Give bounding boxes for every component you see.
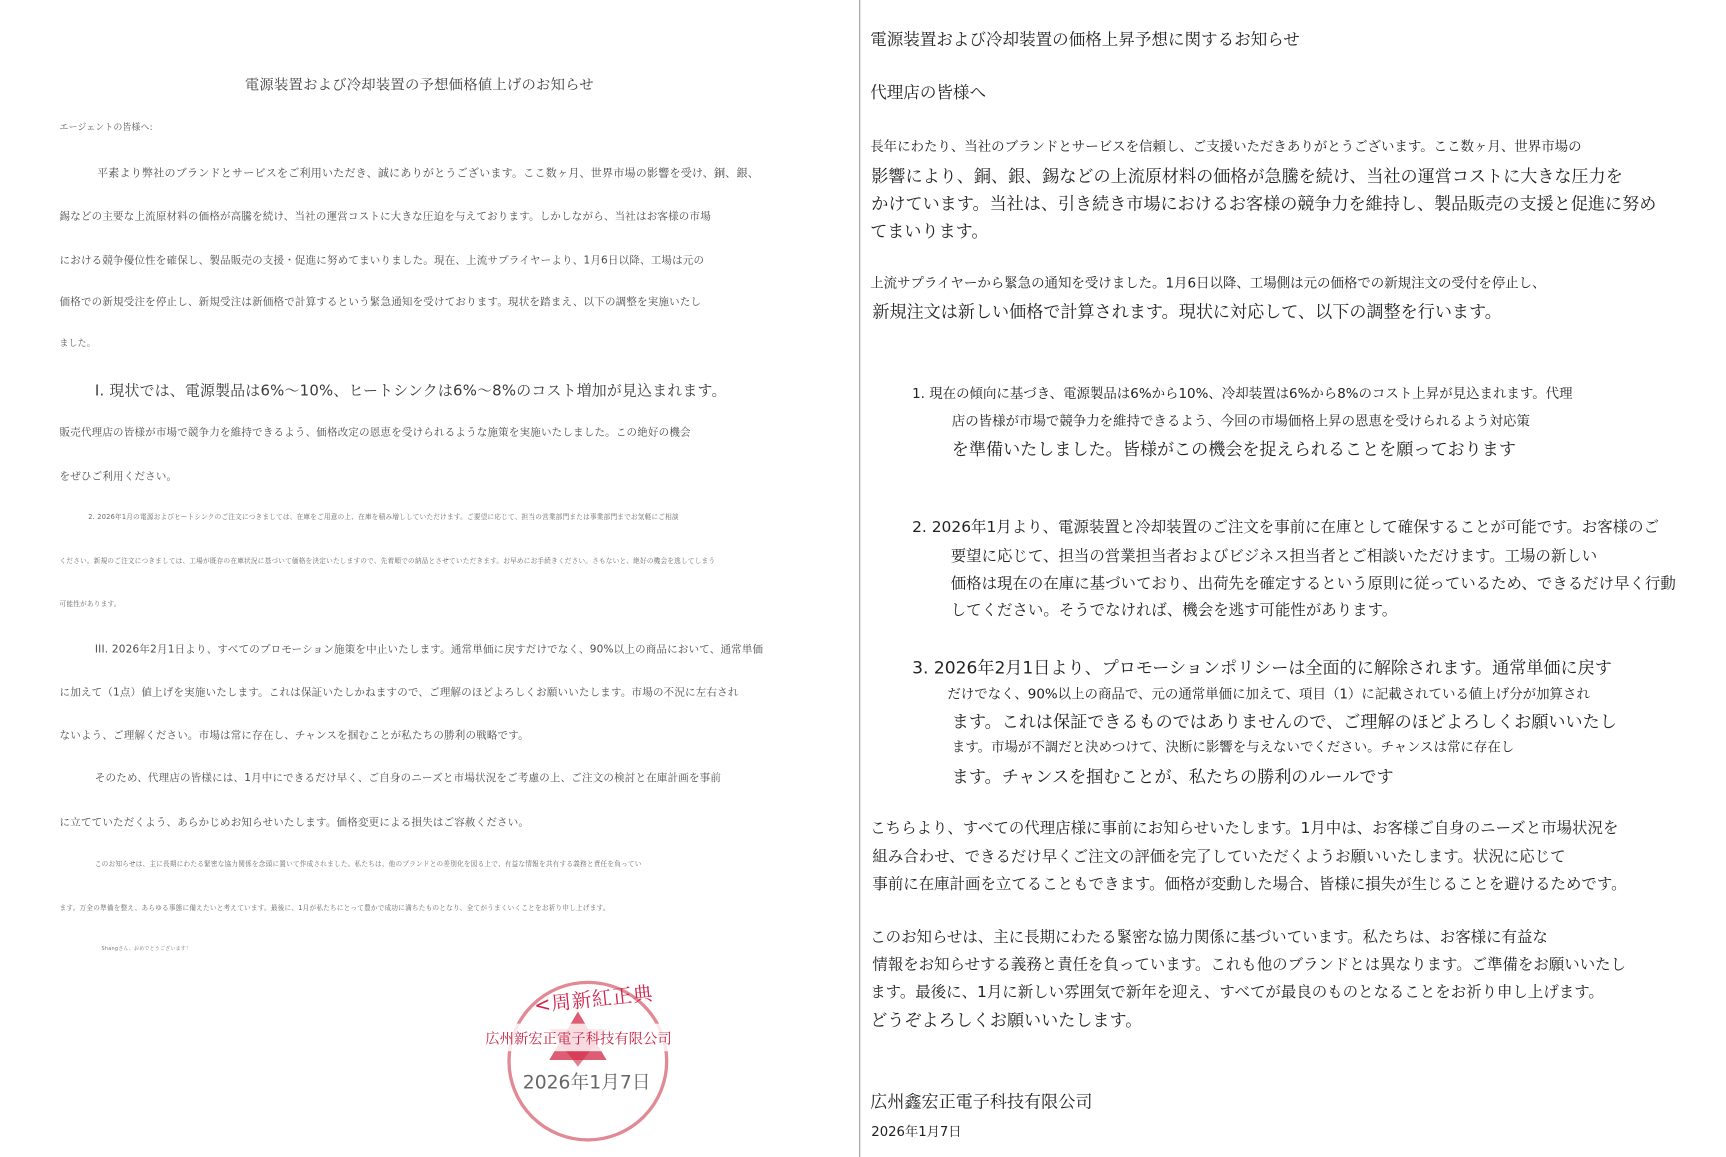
right-item3-line: ます。これは保証できるものではありませんので、ご理解のほどよろしくお願いいたし <box>952 709 1617 733</box>
left-request-line: に立てていただくよう、あらかじめお知らせいたします。価格変更による損失はご容赦く… <box>60 813 530 828</box>
left-intro-line: 価格での新規受注を停止し、新規受注は新価格で計算するという緊急通知を受けておりま… <box>60 293 702 308</box>
right-para2-line: 上流サプライヤーから緊急の通知を受けました。1月6日以降、工場側は元の価格での新… <box>870 273 1545 292</box>
right-para1-line: てまいります。 <box>870 218 988 242</box>
left-intro-line: 平素より弊社のブランドとサービスをご利用いただき、誠にありがとうございます。ここ… <box>97 163 759 180</box>
pane-divider <box>859 0 860 1157</box>
right-para2-line: 新規注文は新しい価格で計算されます。現状に対応して、以下の調整を行います。 <box>872 299 1501 323</box>
right-item2-line: 要望に応じて、担当の営業担当者およびビジネス担当者とご相談いただけます。工場の新… <box>951 544 1598 566</box>
left-request-line: そのため、代理店の皆様には、1月中にできるだけ早く、ご自身のニーズと市場状況をご… <box>95 769 721 784</box>
right-para3-line: 組み合わせ、できるだけ早くご注文の評価を完了していただくようお願いいたします。状… <box>872 845 1565 867</box>
left-item1-line: をぜひご利用ください。 <box>60 467 178 482</box>
right-greeting: 代理店の皆様へ <box>870 80 986 103</box>
right-para3-line: 事前に在庫計画を立てることもできます。価格が変動した場合、皆様に損失が生じること… <box>872 873 1626 895</box>
right-item3-line: 3. 2026年2月1日より、プロモーションポリシーは全面的に解除されます。通常… <box>912 655 1612 679</box>
left-item3-line: III. 2026年2月1日より、すべてのプロモーション施策を中止いたします。通… <box>95 640 763 655</box>
left-item1-line: 販売代理店の皆様が市場で競争力を維持できるよう、価格改定の恩恵を受けられるような… <box>60 423 691 438</box>
right-title: 電源装置および冷却装置の価格上昇予想に関するお知らせ <box>870 28 1300 51</box>
right-item3-line: だけでなく、90%以上の商品で、元の通常単価に加えて、項目（1）に記載されている… <box>947 684 1590 703</box>
right-item1-line: 1. 現在の傾向に基づき、電源製品は6%から10%、冷却装置は6%から8%のコス… <box>912 383 1572 402</box>
right-item1-line: を準備いたしました。皆様がこの機会を捉えられることを願っております <box>952 436 1516 460</box>
left-intro-line: 錫などの主要な上流原材料の価格が高騰を続け、当社の運営コストに大きな圧迫を与えて… <box>60 207 711 222</box>
right-item3-line: ます。チャンスを掴むことが、私たちの勝利のルールです <box>952 764 1394 788</box>
left-item3-line: に加えて（1点）値上げを実施いたします。これは保証いたしかねますので、ご理解のほ… <box>60 683 739 698</box>
seal-date: 2026年1月7日 <box>523 1067 651 1095</box>
right-para4-line: このお知らせは、主に長期にわたる緊密な協力関係に基づいています。私たちは、お客様… <box>870 926 1548 948</box>
left-intro-line: における競争優位性を確保し、製品販売の支援・促進に努めてまいりました。現在、上流… <box>60 251 705 266</box>
left-item2-line: 2. 2026年1月の電源およびヒートシンクのご注文につきましては、在庫をご用意… <box>88 511 679 521</box>
left-intro-line: ました。 <box>60 337 96 349</box>
right-date: 2026年1月7日 <box>871 1122 961 1141</box>
left-greeting: エージェントの皆様へ: <box>60 121 153 133</box>
left-item2-line: ください。新規のご注文につきましては、工場が既存の在庫状況に基づいて価格を決定い… <box>60 555 716 565</box>
right-para1-line: 長年にわたり、当社のブランドとサービスを信頼し、ご支援いただきありがとうございま… <box>870 137 1581 156</box>
right-item2-line: 2. 2026年1月より、電源装置と冷却装置のご注文を事前に在庫として確保するこ… <box>912 516 1659 538</box>
left-item2-line: 可能性があります。 <box>60 598 121 608</box>
right-para3-line: こちらより、すべての代理店様に事前にお知らせいたします。1月中は、お客様ご自身の… <box>870 817 1618 839</box>
right-para1-line: 影響により、銅、銀、錫などの上流原材料の価格が急騰を続け、当社の運営コストに大き… <box>871 163 1623 187</box>
left-item1-heading: I. 現状では、電源製品は6%～10%、ヒートシンクは6%～8%のコスト増加が見… <box>95 378 727 400</box>
right-company-name: 広州鑫宏正電子科技有限公司 <box>870 1089 1092 1113</box>
right-item1-line: 店の皆様が市場で競争力を維持できるよう、今回の市場価格上昇の恩恵を受けられるよう… <box>952 411 1530 430</box>
right-para1-line: かけています。当社は、引き続き市場におけるお客様の競争力を維持し、製品販売の支援… <box>871 191 1656 215</box>
seal-company-name: 広州新宏正電子科技有限公司 <box>481 1024 676 1052</box>
left-tiny-note: Shangさん、おめでとうございます！ <box>101 945 191 952</box>
right-item3-line: ます。市場が不調だと決めつけて、決断に影響を与えないでください。チャンスは常に存… <box>952 737 1514 756</box>
right-item2-line: してください。そうでなければ、機会を逃す可能性があります。 <box>951 598 1398 620</box>
left-item3-line: ないよう、ご理解ください。市場は常に存在し、チャンスを掴むことが私たちの勝利の戦… <box>60 726 529 741</box>
right-para4-line: どうぞよろしくお願いいたします。 <box>870 1007 1142 1031</box>
left-closing-line: ます。万全の準備を整え、あらゆる事態に備えたいと考えています。最後に、1月が私た… <box>60 902 610 912</box>
right-para4-line: 情報をお知らせする義務と責任を負っています。これも他のブランドとは異なります。ご… <box>872 953 1626 975</box>
right-para4-line: ます。最後に、1月に新しい雰囲気で新年を迎え、すべてが最良のものとなることをお祈… <box>870 981 1604 1003</box>
left-closing-line: このお知らせは、主に長期にわたる緊密な協力関係を念頭に置いて作成されました。私た… <box>95 858 642 868</box>
left-title: 電源装置および冷却装置の予想価格値上げのお知らせ <box>245 73 594 94</box>
right-item2-line: 価格は現在の在庫に基づいており、出荷先を確定するという原則に従っているため、でき… <box>951 572 1676 594</box>
comparison-canvas: 電源装置および冷却装置の予想価格値上げのお知らせ エージェントの皆様へ: 平素よ… <box>0 0 1726 1157</box>
